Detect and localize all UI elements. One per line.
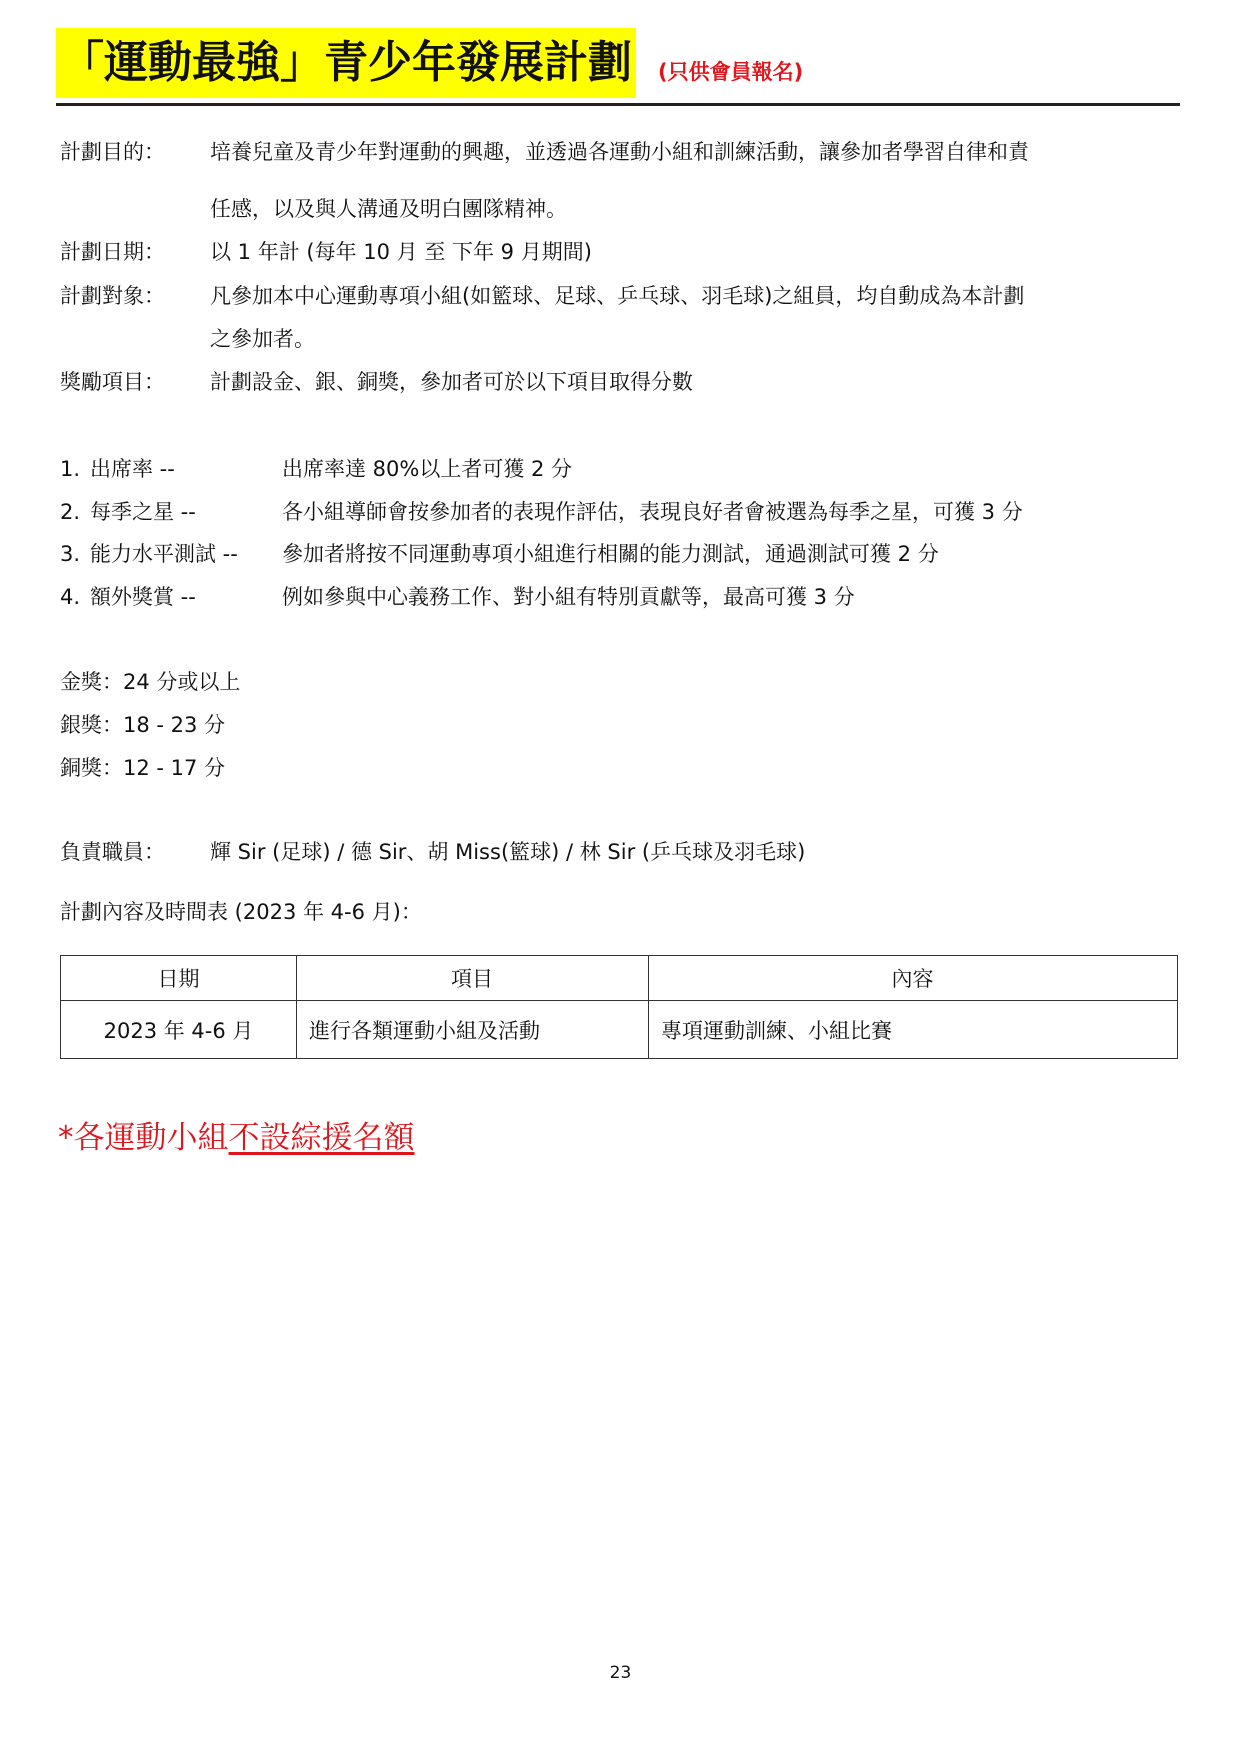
note-prefix: *各運動小組 (58, 1120, 229, 1156)
detail-value: 以 1 年計 (每年 10 月 至 下年 9 月期間) (210, 238, 592, 266)
schedule-table: 日期 項目 內容 2023 年 4-6 月 進行各類運動小組及活動 專項運動訓練… (60, 955, 1178, 1059)
detail-value: 任感，以及與人溝通及明白團隊精神。 (210, 195, 567, 223)
item-number: 4. (60, 583, 90, 611)
award-bronze: 銅獎：12 - 17 分 (60, 754, 225, 782)
item-desc: 參加者將按不同運動專項小組進行相關的能力測試，通過測試可獲 2 分 (282, 540, 939, 568)
cell-item: 進行各類運動小組及活動 (297, 1001, 649, 1059)
detail-value: 凡參加本中心運動專項小組(如籃球、足球、乒乓球、羽毛球)之組員，均自動成為本計劃 (210, 282, 1024, 310)
members-only-note: (只供會員報名) (658, 56, 803, 86)
item-desc: 例如參與中心義務工作、對小組有特別貢獻等，最高可獲 3 分 (282, 583, 855, 611)
col-date: 日期 (61, 956, 297, 1001)
detail-value: 計劃設金、銀、銅獎，參加者可於以下項目取得分數 (210, 368, 693, 396)
page-number: 23 (0, 1663, 1241, 1683)
table-header-row: 日期 項目 內容 (61, 956, 1178, 1001)
page-title: 「運動最強」青少年發展計劃 (56, 28, 636, 98)
item-name: 額外獎賞 -- (90, 583, 196, 611)
cell-content: 專項運動訓練、小組比賽 (649, 1001, 1178, 1059)
award-silver: 銀獎：18 - 23 分 (60, 711, 225, 739)
staff-value: 輝 Sir (足球) / 德 Sir、胡 Miss(籃球) / 林 Sir (乒… (210, 838, 805, 866)
detail-label: 獎勵項目： (60, 368, 165, 396)
scoring-item: 4. 額外獎賞 -- 例如參與中心義務工作、對小組有特別貢獻等，最高可獲 3 分 (60, 583, 90, 611)
item-number: 3. (60, 540, 90, 568)
detail-label: 計劃日期： (60, 238, 165, 266)
staff-label: 負責職員： (60, 838, 165, 866)
item-name: 每季之星 -- (90, 498, 196, 526)
scoring-item: 2. 每季之星 -- 各小組導師會按參加者的表現作評估，表現良好者會被選為每季之… (60, 498, 90, 526)
col-item: 項目 (297, 956, 649, 1001)
item-number: 2. (60, 498, 90, 526)
cell-date: 2023 年 4-6 月 (61, 1001, 297, 1059)
scoring-item: 1. 出席率 -- 出席率達 80%以上者可獲 2 分 (60, 455, 90, 483)
note-underlined: 不設綜援名額 (229, 1120, 415, 1156)
item-desc: 出席率達 80%以上者可獲 2 分 (282, 455, 572, 483)
title-block: 「運動最強」青少年發展計劃 (只供會員報名) (56, 28, 803, 98)
scoring-item: 3. 能力水平測試 -- 參加者將按不同運動專項小組進行相關的能力測試，通過測試… (60, 540, 90, 568)
award-gold: 金獎：24 分或以上 (60, 668, 240, 696)
item-number: 1. (60, 455, 90, 483)
schedule-caption: 計劃內容及時間表 (2023 年 4-6 月)： (60, 898, 422, 926)
detail-label: 計劃對象： (60, 282, 165, 310)
quota-note: *各運動小組不設綜援名額 (58, 1118, 415, 1158)
title-divider (56, 103, 1180, 106)
detail-label: 計劃目的： (60, 138, 165, 166)
item-name: 能力水平測試 -- (90, 540, 238, 568)
detail-value: 之參加者。 (210, 325, 315, 353)
detail-value: 培養兒童及青少年對運動的興趣，並透過各運動小組和訓練活動，讓參加者學習自律和責 (210, 138, 1029, 166)
item-desc: 各小組導師會按參加者的表現作評估，表現良好者會被選為每季之星，可獲 3 分 (282, 498, 1023, 526)
table-row: 2023 年 4-6 月 進行各類運動小組及活動 專項運動訓練、小組比賽 (61, 1001, 1178, 1059)
item-name: 出席率 -- (90, 455, 175, 483)
col-content: 內容 (649, 956, 1178, 1001)
